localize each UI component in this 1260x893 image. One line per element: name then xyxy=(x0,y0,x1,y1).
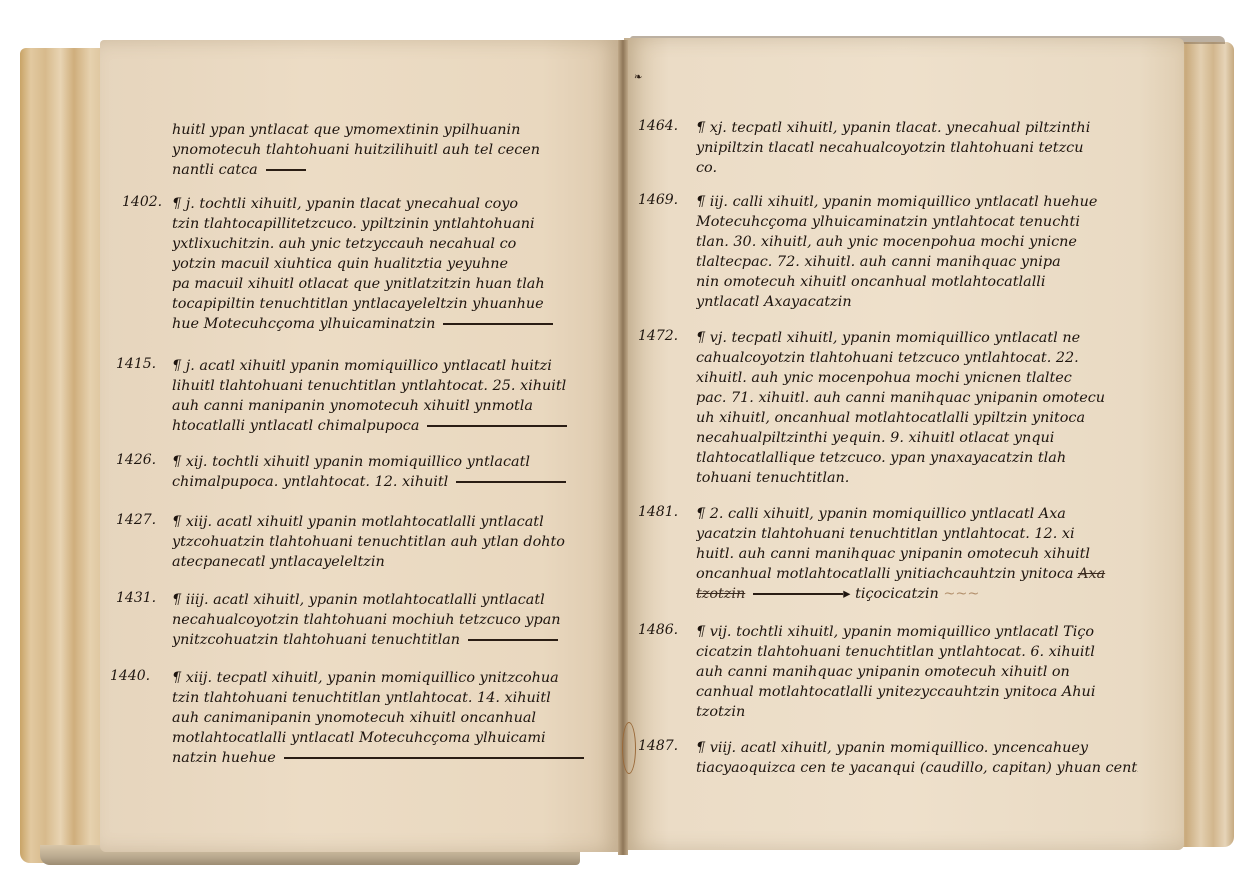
text-line: chimalpupoca. yntlahtocat. 12. xihuitl xyxy=(172,474,448,490)
continuation-entry: huitl ypan yntlacat que ymomextinin ypil… xyxy=(110,120,590,184)
text-line: auh canni manipanin ynomotecuh xihuitl y… xyxy=(172,396,590,416)
text-line: xihuitl. auh ynic mocenpohua mochi ynicn… xyxy=(696,368,1138,388)
struck-word: tzotzin xyxy=(696,586,745,602)
year-number: 1487. xyxy=(638,738,678,754)
struck-word: Axa xyxy=(1078,566,1105,582)
pilcrow-sign: ¶ xiij. xyxy=(172,670,212,686)
correction-word: tiçocicatzin xyxy=(855,586,939,602)
text-line: hue Motecuhcçoma ylhuicaminatzin xyxy=(172,316,435,332)
annal-entry: 1464. ¶ xj. tecpatl xihuitl, ypanin tlac… xyxy=(638,118,1138,182)
text-line: ytzcohuatzin tlahtohuani tenuchtitlan au… xyxy=(172,532,590,552)
text-line: auh canimanipanin ynomotecuh xihuitl onc… xyxy=(172,708,590,728)
text-line: calli xihuitl, ypanin momiquillico yntla… xyxy=(733,194,1098,210)
text-line: htocatlalli yntlacatl chimalpupoca xyxy=(172,418,419,434)
text-line: motlahtocatlalli yntlacatl Motecuhcçoma … xyxy=(172,728,590,748)
year-number: 1440. xyxy=(110,668,150,684)
year-number: 1431. xyxy=(116,590,156,606)
text-line: pa macuil xihuitl otlacat que ynitlatzit… xyxy=(172,274,590,294)
text-line: tecpatl xihuitl, ypanin tlacat. ynecahua… xyxy=(731,120,1090,136)
pilcrow-sign: ¶ 2. xyxy=(696,506,723,522)
text-line: yotzin macuil xiuhtica quin hualitztia y… xyxy=(172,254,590,274)
pilcrow-sign: ¶ xiij. xyxy=(172,514,212,530)
text-line: acatl xihuitl, ypanin motlahtocatlalli y… xyxy=(213,592,545,608)
text-line: tohuani tenuchtitlan. xyxy=(696,468,1138,488)
year-number: 1426. xyxy=(116,452,156,468)
text-line: necahualpiltzinthi yequin. 9. xihuitl ot… xyxy=(696,428,1138,448)
annal-entry: 1415. ¶ j. acatl xihuitl ypanin momiquil… xyxy=(110,356,590,440)
text-line: yntlacatl Axayacatzin xyxy=(696,292,1138,312)
folio-mark: ❧ xyxy=(634,72,641,83)
text-line: ynipiltzin tlacatl necahualcoyotzin tlah… xyxy=(696,138,1138,158)
annal-entry: 1486. ¶ vij. tochtli xihuitl, ypanin mom… xyxy=(638,622,1138,726)
annal-entry: 1431. ¶ iiij. acatl xihuitl, ypanin motl… xyxy=(110,590,590,654)
year-number: 1427. xyxy=(116,512,156,528)
text-line: huitl ypan yntlacat que ymomextinin ypil… xyxy=(172,120,590,140)
pilcrow-sign: ¶ xij. xyxy=(172,454,208,470)
pilcrow-sign: ¶ vj. xyxy=(696,330,727,346)
line-filler xyxy=(427,425,567,427)
text-line: tecpatl xihuitl, ypanin momiquillico yni… xyxy=(217,670,559,686)
annal-entry: 1440. ¶ xiij. tecpatl xihuitl, ypanin mo… xyxy=(110,668,590,772)
text-line: yxtlixuchitzin. auh ynic tetzyccauh neca… xyxy=(172,234,590,254)
left-page-block-edges xyxy=(20,48,110,863)
text-line: necahualcoyotzin tlahtohuani mochiuh tet… xyxy=(172,610,590,630)
text-line: pac. 71. xihuitl. auh canni manihquac yn… xyxy=(696,388,1138,408)
line-filler xyxy=(443,323,553,325)
text-line: lihuitl tlahtohuani tenuchtitlan yntlaht… xyxy=(172,376,590,396)
annal-entry: 1487. ¶ viij. acatl xihuitl, ypanin momi… xyxy=(638,738,1138,782)
year-number: 1469. xyxy=(638,192,678,208)
binding-thread xyxy=(622,722,636,774)
annal-entry: 1481. ¶ 2. calli xihuitl, ypanin momiqui… xyxy=(638,504,1138,608)
text-line: canhual motlahtocatlalli ynitezyccauhtzi… xyxy=(696,682,1138,702)
text-line: co. xyxy=(696,158,1138,178)
text-line: atecpanecatl yntlacayeleltzin xyxy=(172,552,590,572)
line-filler xyxy=(456,481,566,483)
pilcrow-sign: ¶ xj. xyxy=(696,120,727,136)
text-line: nantli catca xyxy=(172,160,590,180)
text-line: tzotzin xyxy=(696,702,1138,722)
arrow-line xyxy=(753,593,843,595)
text-line: tecpatl xihuitl, ypanin momiquillico ynt… xyxy=(731,330,1080,346)
text-line: tiacyaoquizca cen te yacanqui (caudillo,… xyxy=(696,758,1138,778)
text-line: tochtli xihuitl, ypanin tlacat ynecahual… xyxy=(199,196,518,212)
year-number: 1464. xyxy=(638,118,678,134)
text-line: Motecuhcçoma ylhuicaminatzin yntlahtocat… xyxy=(696,212,1138,232)
pilcrow-sign: ¶ j. xyxy=(172,358,195,374)
text-line: acatl xihuitl ypanin motlahtocatlalli yn… xyxy=(217,514,544,530)
open-manuscript: ❧ huitl ypan yntlacat que ymomextinin yp… xyxy=(0,0,1260,893)
text-line: yacatzin tlahtohuani tenuchtitlan yntlah… xyxy=(696,524,1138,544)
right-text-column: 1464. ¶ xj. tecpatl xihuitl, ypanin tlac… xyxy=(638,118,1138,782)
text-line: acatl xihuitl ypanin momiquillico yntlac… xyxy=(199,358,551,374)
annal-entry: 1472. ¶ vj. tecpatl xihuitl, ypanin momi… xyxy=(638,328,1138,492)
faint-red-note: ~~~ xyxy=(943,586,979,602)
left-text-column: huitl ypan yntlacat que ymomextinin ypil… xyxy=(110,120,590,772)
annal-entry: 1402. ¶ j. tochtli xihuitl, ypanin tlaca… xyxy=(110,194,590,342)
text-line: auh canni manihquac ynipanin omotecuh xi… xyxy=(696,662,1138,682)
annal-entry: 1427. ¶ xiij. acatl xihuitl ypanin motla… xyxy=(110,512,590,576)
year-number: 1402. xyxy=(122,194,162,210)
year-number: 1415. xyxy=(116,356,156,372)
text-line: oncanhual motlahtocatlalli ynitiachcauht… xyxy=(696,566,1073,582)
line-filler xyxy=(284,757,584,759)
text-line: tlahtocatlallique tetzcuco. ypan ynaxaya… xyxy=(696,448,1138,468)
pilcrow-sign: ¶ iiij. xyxy=(172,592,209,608)
line-filler xyxy=(468,639,558,641)
text-line: tocapipiltin tenuchtitlan yntlacayeleltz… xyxy=(172,294,590,314)
year-number: 1472. xyxy=(638,328,678,344)
pilcrow-sign: ¶ vij. xyxy=(696,624,732,640)
annal-entry: 1469. ¶ iij. calli xihuitl, ypanin momiq… xyxy=(638,192,1138,318)
text-line: ynomotecuh tlahtohuani huitzilihuitl auh… xyxy=(172,140,590,160)
annal-entry: 1426. ¶ xij. tochtli xihuitl ypanin momi… xyxy=(110,452,590,496)
year-number: 1486. xyxy=(638,622,678,638)
text-line: calli xihuitl, ypanin momiquillico yntla… xyxy=(728,506,1066,522)
text-line: cahualcoyotzin tlahtohuani tetzcuco yntl… xyxy=(696,348,1138,368)
text-line: acatl xihuitl, ypanin momiquillico. ynce… xyxy=(741,740,1088,756)
text-line: uh xihuitl, oncanhual motlahtocatlalli y… xyxy=(696,408,1138,428)
text-line: cicatzin tlahtohuani tenuchtitlan yntlah… xyxy=(696,642,1138,662)
text-line: natzin huehue xyxy=(172,750,276,766)
text-line: tzin tlahtohuani tenuchtitlan yntlahtoca… xyxy=(172,688,590,708)
text-line: tzin tlahtocapillitetzcuco. ypiltzinin y… xyxy=(172,214,590,234)
text-line: tochtli xihuitl, ypanin momiquillico ynt… xyxy=(736,624,1094,640)
text-line: tochtli xihuitl ypanin momiquillico yntl… xyxy=(212,454,530,470)
pilcrow-sign: ¶ iij. xyxy=(696,194,728,210)
text-line: huitl. auh canni manihquac ynipanin omot… xyxy=(696,544,1138,564)
year-number: 1481. xyxy=(638,504,678,520)
pilcrow-sign: ¶ viij. xyxy=(696,740,736,756)
line-filler xyxy=(266,169,306,171)
text-line: nin omotecuh xihuitl oncanhual motlahtoc… xyxy=(696,272,1138,292)
text-line: tlaltecpac. 72. xihuitl. auh canni manih… xyxy=(696,252,1138,272)
pilcrow-sign: ¶ j. xyxy=(172,196,195,212)
text-line: ynitzcohuatzin tlahtohuani tenuchtitlan xyxy=(172,632,460,648)
text-line: tlan. 30. xihuitl, auh ynic mocenpohua m… xyxy=(696,232,1138,252)
